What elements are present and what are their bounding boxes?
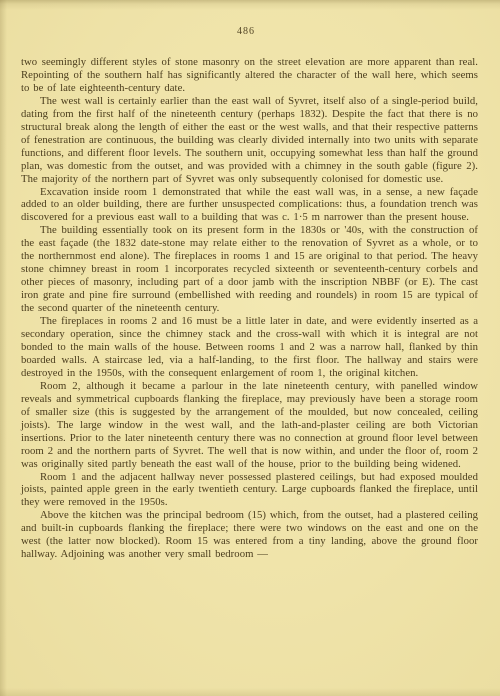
page-number: 486 [0, 26, 492, 37]
page-body-text: two seemingly different styles of stone … [21, 56, 478, 561]
paragraph-excavation: Excavation inside room 1 demonstrated th… [21, 186, 478, 225]
paragraph-continuation: two seemingly different styles of stone … [21, 56, 478, 95]
paragraph-room-2: Room 2, although it became a parlour in … [21, 380, 478, 471]
paragraph-west-wall: The west wall is certainly earlier than … [21, 95, 478, 186]
paragraph-principal-bedroom: Above the kitchen was the principal bedr… [21, 509, 478, 561]
paragraph-building-form: The building essentially took on its pre… [21, 224, 478, 315]
paragraph-fireplaces: The fireplaces in rooms 2 and 16 must be… [21, 315, 478, 380]
paragraph-room-1-hallway: Room 1 and the adjacent hallway never po… [21, 471, 478, 510]
scanned-book-page: 486 two seemingly different styles of st… [0, 0, 500, 696]
